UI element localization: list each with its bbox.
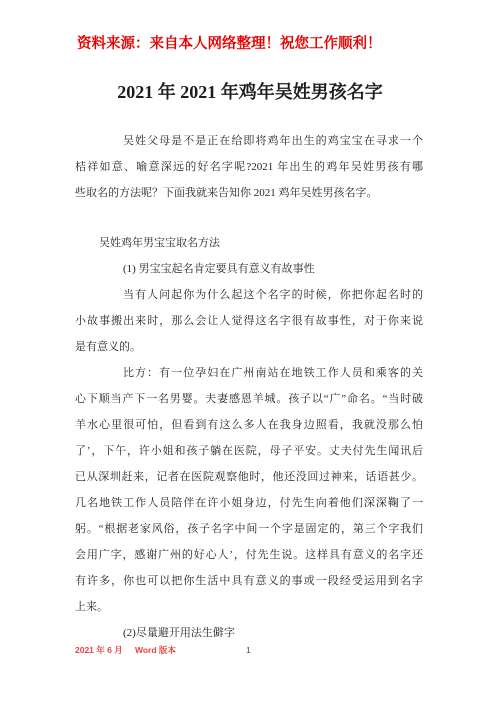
text-line: 已从深圳赶来，记者在医院观察他时，他还没回过神来，话语甚少。: [75, 464, 423, 490]
text-line: (2)尽量避开用法生僻字: [75, 620, 423, 646]
document-body: 吴姓父母是不是正在给即将鸡年出生的鸡宝宝在寻求一个桔祥如意、喻意深远的好名字呢?…: [75, 128, 423, 646]
footer-version: Word 版本: [135, 644, 176, 656]
text-line: 是有意义的。: [75, 334, 423, 360]
intro-paragraph: 吴姓父母是不是正在给即将鸡年出生的鸡宝宝在寻求一个桔祥如意、喻意深远的好名字呢?…: [75, 128, 423, 206]
page-title: 2021 年 2021 年鸡年吴姓男孩名字: [0, 80, 500, 105]
section-heading: 吴姓鸡年男宝宝取名方法: [75, 230, 423, 256]
example-paragraph: 比方：有一位孕妇在广州南站在地铁工作人员和乘客的关心下顺当产下一名男婴。夫妻感恩…: [75, 360, 423, 620]
text-line: 几名地铁工作人员陪伴在许小姐身边，付先生向着他们深深鞠了一: [75, 490, 423, 516]
method-1-paragraph: 当有人问起你为什么起这个名字的时候，你把你起名时的小故事搬出来时，那么会让人觉得…: [75, 282, 423, 360]
text-line: (1) 男宝宝起名肯定要具有意义有故事性: [75, 256, 423, 282]
text-line: 心下顺当产下一名男婴。夫妻感恩羊城。孩子以“广”命名。“当时破: [75, 386, 423, 412]
text-line: 羊水心里很可怕，但看到有这么多人在我身边照看，我就没那么怕: [75, 412, 423, 438]
source-notice: 资料来源：来自本人网络整理！祝您工作顺利！: [77, 36, 382, 52]
text-line: 躬。“根据老家风俗，孩子名字中间一个字是固定的，第三个字我们: [75, 516, 423, 542]
footer: 2021 年 6 月 Word 版本 1: [75, 644, 423, 658]
document-page: 资料来源：来自本人网络整理！祝您工作顺利！ 2021 年 2021 年鸡年吴姓男…: [0, 0, 500, 708]
text-line: 桔祥如意、喻意深远的好名字呢?2021 年出生的鸡年吴姓男孩有哪: [75, 154, 423, 180]
text-line: 吴姓鸡年男宝宝取名方法: [75, 230, 423, 256]
footer-date: 2021 年 6 月: [75, 644, 123, 656]
text-line: 些取名的方法呢？下面我就来告知你 2021 鸡年吴姓男孩名字。: [75, 180, 423, 206]
page-number: 1: [246, 644, 251, 656]
method-2-heading: (2)尽量避开用法生僻字: [75, 620, 423, 646]
text-line: 上来。: [75, 594, 423, 620]
text-line: 有许多，你也可以把你生活中具有意义的事或一段经受运用到名字: [75, 568, 423, 594]
method-1-heading: (1) 男宝宝起名肯定要具有意义有故事性: [75, 256, 423, 282]
text-line: 了’，下午，许小姐和孩子躺在医院，母子平安。丈夫付先生闻讯后: [75, 438, 423, 464]
text-line: 比方：有一位孕妇在广州南站在地铁工作人员和乘客的关: [75, 360, 423, 386]
text-line: 小故事搬出来时，那么会让人觉得这名字很有故事性，对于你来说: [75, 308, 423, 334]
text-line: 吴姓父母是不是正在给即将鸡年出生的鸡宝宝在寻求一个: [75, 128, 423, 154]
text-line: 会用广字，感谢广州的好心人’，付先生说。这样具有意义的名字还: [75, 542, 423, 568]
text-line: 当有人问起你为什么起这个名字的时候，你把你起名时的: [75, 282, 423, 308]
